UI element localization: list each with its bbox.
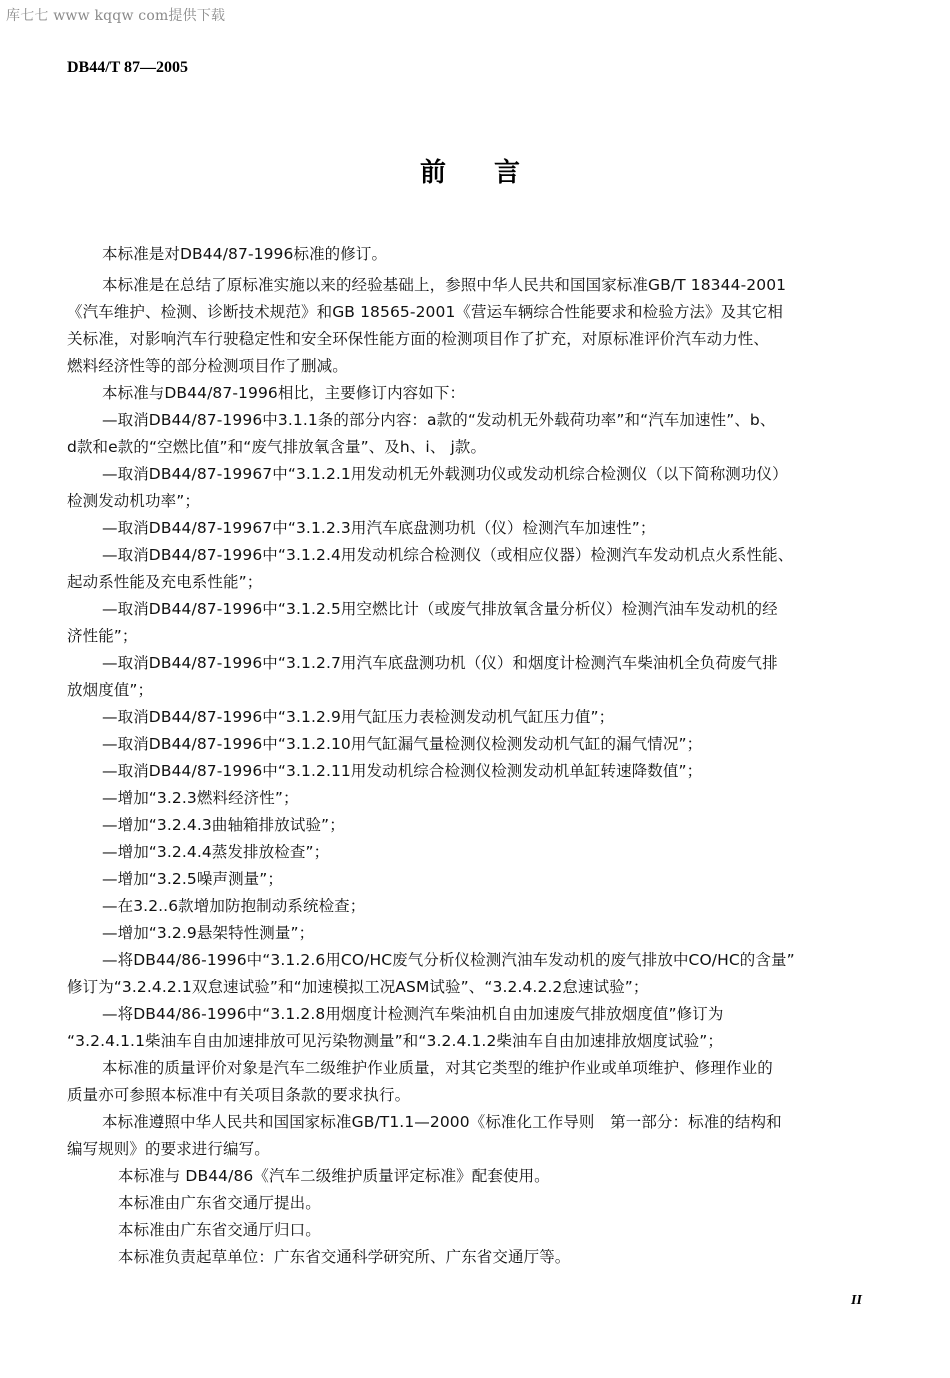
watermark: 库七七 www kqqw com提供下载 — [6, 5, 225, 25]
paragraph-line: 本标准是对DB44/87-1996标准的修订。 — [102, 244, 922, 264]
paragraph-line: 本标准由广东省交通厅归口。 — [118, 1220, 938, 1240]
paragraph-line: —取消DB44/87-1996中“3.1.2.7用汽车底盘测功机（仪）和烟度计检… — [102, 653, 922, 673]
paragraph-line: —增加“3.2.9悬架特性测量”； — [102, 923, 922, 943]
paragraph-line: —取消DB44/87-1996中“3.1.2.11用发动机综合检测仪检测发动机单… — [102, 761, 922, 781]
paragraph-line: 关标准，对影响汽车行驶稳定性和安全环保性能方面的检测项目作了扩充，对原标准评价汽… — [67, 329, 887, 349]
paragraph-line: 起动系性能及充电系性能”； — [67, 572, 887, 592]
paragraph-line: —将DB44/86-1996中“3.1.2.8用烟度计检测汽车柴油机自由加速废气… — [102, 1004, 922, 1024]
page-number: II — [851, 1293, 862, 1309]
paragraph-line: —将DB44/86-1996中“3.1.2.6用CO/HC废气分析仪检测汽油车发… — [102, 950, 922, 970]
paragraph-line: —取消DB44/87-1996中“3.1.2.4用发动机综合检测仪（或相应仪器）… — [102, 545, 922, 565]
paragraph-line: 编写规则》的要求进行编写。 — [67, 1139, 887, 1159]
paragraph-line: “3.2.4.1.1柴油车自由加速排放可见污染物测量”和“3.2.4.1.2柴油… — [67, 1031, 887, 1051]
paragraph-line: —取消DB44/87-19967中“3.1.2.1用发动机无外载测功仪或发动机综… — [102, 464, 922, 484]
paragraph-line: —增加“3.2.5噪声测量”； — [102, 869, 922, 889]
paragraph-line: 本标准由广东省交通厅提出。 — [118, 1193, 938, 1213]
paragraph-line: 质量亦可参照本标准中有关项目条款的要求执行。 — [67, 1085, 887, 1105]
paragraph-line: 本标准遵照中华人民共和国国家标准GB/T1.1—2000《标准化工作导则 第一部… — [102, 1112, 922, 1132]
paragraph-line: —增加“3.2.3燃料经济性”； — [102, 788, 922, 808]
paragraph-line: 本标准与DB44/87-1996相比，主要修订内容如下： — [102, 383, 922, 403]
paragraph-line: 燃料经济性等的部分检测项目作了删减。 — [67, 356, 887, 376]
paragraph-line: 《汽车维护、检测、诊断技术规范》和GB 18565-2001《营运车辆综合性能要… — [67, 302, 887, 322]
document-code: DB44/T 87—2005 — [67, 59, 188, 77]
paragraph-line: 检测发动机功率”； — [67, 491, 887, 511]
paragraph-line: 放烟度值”； — [67, 680, 887, 700]
paragraph-line: —取消DB44/87-1996中“3.1.2.5用空燃比计（或废气排放氧含量分析… — [102, 599, 922, 619]
paragraph-line: 修订为“3.2.4.2.1双怠速试验”和“加速模拟工况ASM试验”、“3.2.4… — [67, 977, 887, 997]
paragraph-line: —取消DB44/87-1996中“3.1.2.10用气缸漏气量检测仪检测发动机气… — [102, 734, 922, 754]
page-title: 前言 — [420, 152, 568, 189]
paragraph-line: 本标准的质量评价对象是汽车二级维护作业质量，对其它类型的维护作业或单项维护、修理… — [102, 1058, 922, 1078]
paragraph-line: 本标准是在总结了原标准实施以来的经验基础上，参照中华人民共和国国家标准GB/T … — [102, 275, 922, 295]
paragraph-line: d款和e款的“空燃比值”和“废气排放氧含量”、及h、i、 j款。 — [67, 437, 887, 457]
paragraph-line: —取消DB44/87-19967中“3.1.2.3用汽车底盘测功机（仪）检测汽车… — [102, 518, 922, 538]
paragraph-line: —取消DB44/87-1996中3.1.1条的部分内容：a款的“发动机无外载荷功… — [102, 410, 922, 430]
paragraph-line: —在3.2..6款增加防抱制动系统检查； — [102, 896, 922, 916]
paragraph-line: —增加“3.2.4.3曲轴箱排放试验”； — [102, 815, 922, 835]
paragraph-line: —增加“3.2.4.4蒸发排放检查”； — [102, 842, 922, 862]
paragraph-line: 本标准与 DB44/86《汽车二级维护质量评定标准》配套使用。 — [118, 1166, 938, 1186]
paragraph-line: 本标准负责起草单位：广东省交通科学研究所、广东省交通厅等。 — [118, 1247, 938, 1267]
paragraph-line: —取消DB44/87-1996中“3.1.2.9用气缸压力表检测发动机气缸压力值… — [102, 707, 922, 727]
paragraph-line: 济性能”； — [67, 626, 887, 646]
